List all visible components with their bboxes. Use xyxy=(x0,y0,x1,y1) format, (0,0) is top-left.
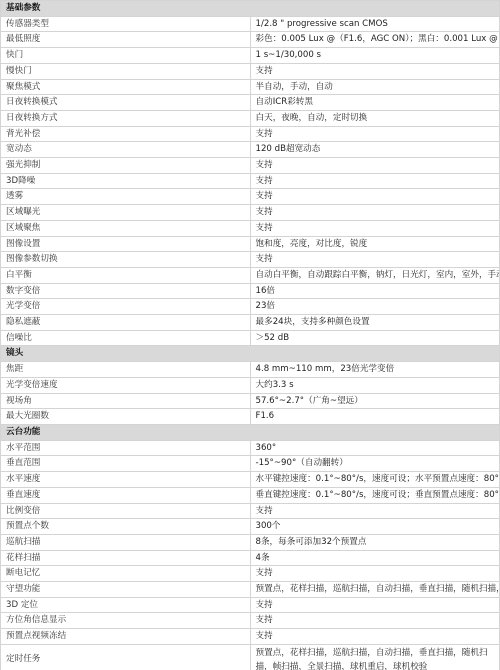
table-row: 最低照度彩色：0.005 Lux @（F1.6，AGC ON）；黑白：0.001… xyxy=(1,32,500,48)
spec-label: 图像设置 xyxy=(1,236,251,252)
table-row: 图像设置饱和度，亮度，对比度，锐度 xyxy=(1,236,500,252)
spec-label: 定时任务 xyxy=(1,644,251,670)
table-row: 预置点视频冻结支持 xyxy=(1,629,500,645)
spec-label: 方位角信息显示 xyxy=(1,613,251,629)
spec-value: 大约3.3 s xyxy=(250,377,500,393)
table-row: 快门1 s~1/30,000 s xyxy=(1,48,500,64)
spec-value: 支持 xyxy=(250,629,500,645)
spec-value: 垂直键控速度：0.1°~80°/s，速度可设；垂直预置点速度：80°/s xyxy=(250,487,500,503)
table-row: 背光补偿支持 xyxy=(1,126,500,142)
table-row: 数字变倍16倍 xyxy=(1,283,500,299)
spec-label: 区域聚焦 xyxy=(1,220,251,236)
table-row: 透雾支持 xyxy=(1,189,500,205)
spec-label: 慢快门 xyxy=(1,63,251,79)
table-row: 预置点个数300个 xyxy=(1,519,500,535)
spec-value: 57.6°~2.7°（广角~望远） xyxy=(250,393,500,409)
table-row: 3D降噪支持 xyxy=(1,173,500,189)
spec-label: 区域曝光 xyxy=(1,205,251,221)
spec-value: 水平键控速度：0.1°~80°/s，速度可设；水平预置点速度：80°/s xyxy=(250,472,500,488)
spec-value: 4.8 mm~110 mm，23倍光学变倍 xyxy=(250,362,500,378)
spec-label: 预置点视频冻结 xyxy=(1,629,251,645)
table-row: 慢快门支持 xyxy=(1,63,500,79)
table-row: 图像参数切换支持 xyxy=(1,252,500,268)
spec-label: 视场角 xyxy=(1,393,251,409)
table-row: 焦距4.8 mm~110 mm，23倍光学变倍 xyxy=(1,362,500,378)
table-row: 垂直范围-15°~90°（自动翻转） xyxy=(1,456,500,472)
spec-label: 水平范围 xyxy=(1,440,251,456)
spec-value: 彩色：0.005 Lux @（F1.6，AGC ON）；黑白：0.001 Lux… xyxy=(250,32,500,48)
table-row: 垂直速度垂直键控速度：0.1°~80°/s，速度可设；垂直预置点速度：80°/s xyxy=(1,487,500,503)
table-row: 隐私遮蔽最多24块，支持多种颜色设置 xyxy=(1,315,500,331)
table-row: 宽动态120 dB超宽动态 xyxy=(1,142,500,158)
spec-table: 基础参数传感器类型1/2.8 " progressive scan CMOS最低… xyxy=(0,0,500,670)
spec-value: F1.6 xyxy=(250,409,500,425)
spec-value: 支持 xyxy=(250,126,500,142)
spec-label: 最大光圈数 xyxy=(1,409,251,425)
spec-label: 白平衡 xyxy=(1,267,251,283)
spec-value: 支持 xyxy=(250,252,500,268)
spec-label: 聚焦模式 xyxy=(1,79,251,95)
table-row: 区域曝光支持 xyxy=(1,205,500,221)
table-row: 强光抑制支持 xyxy=(1,158,500,174)
spec-value: 16倍 xyxy=(250,283,500,299)
section-title: 基础参数 xyxy=(1,1,500,17)
spec-value: 360° xyxy=(250,440,500,456)
table-row: 聚焦模式半自动，手动，自动 xyxy=(1,79,500,95)
table-row: 方位角信息显示支持 xyxy=(1,613,500,629)
spec-label: 传感器类型 xyxy=(1,16,251,32)
table-row: 光学变倍速度大约3.3 s xyxy=(1,377,500,393)
spec-label: 垂直速度 xyxy=(1,487,251,503)
section-header: 基础参数 xyxy=(1,1,500,17)
spec-value: 1 s~1/30,000 s xyxy=(250,48,500,64)
spec-value: 饱和度，亮度，对比度，锐度 xyxy=(250,236,500,252)
spec-label: 快门 xyxy=(1,48,251,64)
spec-label: 花样扫描 xyxy=(1,550,251,566)
table-row: 水平速度水平键控速度：0.1°~80°/s，速度可设；水平预置点速度：80°/s xyxy=(1,472,500,488)
spec-label: 断电记忆 xyxy=(1,566,251,582)
table-row: 水平范围360° xyxy=(1,440,500,456)
spec-value: 支持 xyxy=(250,503,500,519)
spec-value: 支持 xyxy=(250,158,500,174)
table-row: 巡航扫描8条，每条可添加32个预置点 xyxy=(1,534,500,550)
spec-value: 300个 xyxy=(250,519,500,535)
table-row: 最大光圈数F1.6 xyxy=(1,409,500,425)
spec-value: 自动白平衡，自动跟踪白平衡，钠灯，日光灯，室内，室外，手动白平衡，锁定白平衡 xyxy=(250,267,500,283)
spec-value: 支持 xyxy=(250,597,500,613)
spec-label: 最低照度 xyxy=(1,32,251,48)
table-row: 日夜转换方式白天，夜晚，自动，定时切换 xyxy=(1,110,500,126)
spec-value: 支持 xyxy=(250,173,500,189)
table-row: 传感器类型1/2.8 " progressive scan CMOS xyxy=(1,16,500,32)
spec-label: 光学变倍速度 xyxy=(1,377,251,393)
spec-value: 1/2.8 " progressive scan CMOS xyxy=(250,16,500,32)
spec-value: 支持 xyxy=(250,220,500,236)
spec-label: 预置点个数 xyxy=(1,519,251,535)
spec-value: 半自动，手动，自动 xyxy=(250,79,500,95)
section-header: 云台功能 xyxy=(1,424,500,440)
spec-label: 日夜转换模式 xyxy=(1,95,251,111)
spec-label: 光学变倍 xyxy=(1,299,251,315)
spec-value: 支持 xyxy=(250,566,500,582)
spec-value: 支持 xyxy=(250,63,500,79)
table-row: 白平衡自动白平衡，自动跟踪白平衡，钠灯，日光灯，室内，室外，手动白平衡，锁定白平… xyxy=(1,267,500,283)
table-row: 定时任务预置点，花样扫描，巡航扫描，自动扫描，垂直扫描，随机扫描，帧扫描，全景扫… xyxy=(1,644,500,670)
table-row: 花样扫描4条 xyxy=(1,550,500,566)
spec-label: 强光抑制 xyxy=(1,158,251,174)
spec-label: 巡航扫描 xyxy=(1,534,251,550)
spec-label: 守望功能 xyxy=(1,582,251,598)
spec-label: 日夜转换方式 xyxy=(1,110,251,126)
spec-label: 背光补偿 xyxy=(1,126,251,142)
spec-value: ＞52 dB xyxy=(250,330,500,346)
table-row: 信噪比＞52 dB xyxy=(1,330,500,346)
table-row: 断电记忆支持 xyxy=(1,566,500,582)
spec-label: 焦距 xyxy=(1,362,251,378)
spec-value: 最多24块，支持多种颜色设置 xyxy=(250,315,500,331)
spec-value: 自动ICR彩转黑 xyxy=(250,95,500,111)
spec-value: 23倍 xyxy=(250,299,500,315)
spec-value: 预置点，花样扫描，巡航扫描，自动扫描，垂直扫描，随机扫描，帧扫描，全景扫描，球机… xyxy=(250,644,500,670)
section-title: 镜头 xyxy=(1,346,500,362)
spec-label: 数字变倍 xyxy=(1,283,251,299)
spec-label: 信噪比 xyxy=(1,330,251,346)
section-title: 云台功能 xyxy=(1,424,500,440)
spec-value: 8条，每条可添加32个预置点 xyxy=(250,534,500,550)
spec-value: 支持 xyxy=(250,189,500,205)
table-row: 区域聚焦支持 xyxy=(1,220,500,236)
spec-label: 水平速度 xyxy=(1,472,251,488)
spec-label: 垂直范围 xyxy=(1,456,251,472)
spec-label: 3D降噪 xyxy=(1,173,251,189)
table-row: 守望功能预置点，花样扫描，巡航扫描，自动扫描，垂直扫描，随机扫描，帧扫描，全景扫… xyxy=(1,582,500,598)
spec-value: -15°~90°（自动翻转） xyxy=(250,456,500,472)
spec-label: 透雾 xyxy=(1,189,251,205)
table-row: 比例变倍支持 xyxy=(1,503,500,519)
spec-value: 120 dB超宽动态 xyxy=(250,142,500,158)
spec-value: 支持 xyxy=(250,613,500,629)
spec-label: 宽动态 xyxy=(1,142,251,158)
table-row: 3D 定位支持 xyxy=(1,597,500,613)
spec-value: 白天，夜晚，自动，定时切换 xyxy=(250,110,500,126)
spec-value: 预置点，花样扫描，巡航扫描，自动扫描，垂直扫描，随机扫描，帧扫描，全景扫描 xyxy=(250,582,500,598)
table-row: 光学变倍23倍 xyxy=(1,299,500,315)
spec-value: 4条 xyxy=(250,550,500,566)
table-row: 日夜转换模式自动ICR彩转黑 xyxy=(1,95,500,111)
spec-label: 3D 定位 xyxy=(1,597,251,613)
section-header: 镜头 xyxy=(1,346,500,362)
spec-label: 图像参数切换 xyxy=(1,252,251,268)
spec-label: 比例变倍 xyxy=(1,503,251,519)
spec-label: 隐私遮蔽 xyxy=(1,315,251,331)
table-row: 视场角57.6°~2.7°（广角~望远） xyxy=(1,393,500,409)
spec-value: 支持 xyxy=(250,205,500,221)
